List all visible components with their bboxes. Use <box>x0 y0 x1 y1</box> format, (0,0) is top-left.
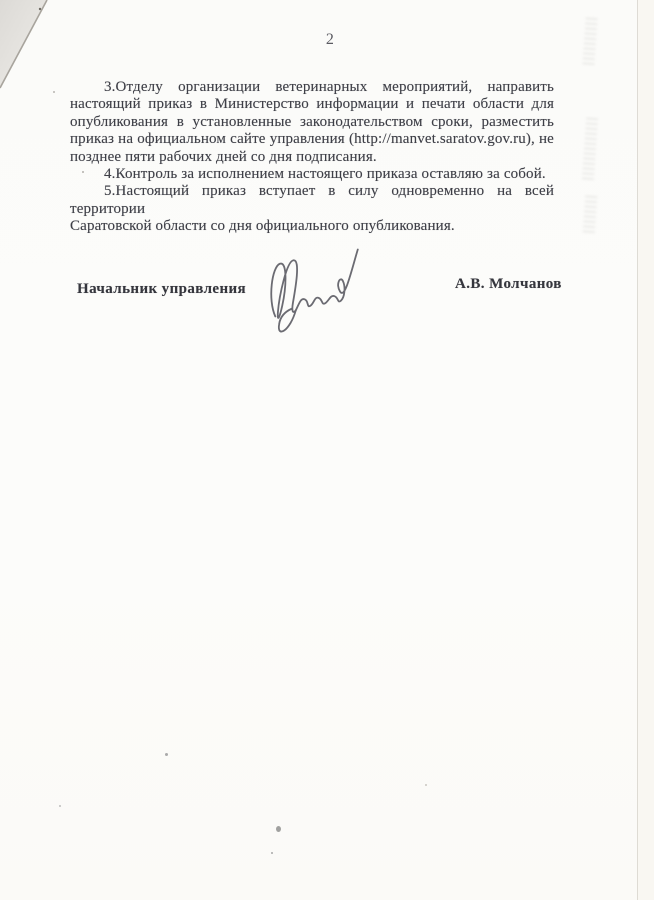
text-line: настоящий приказ в Министерство информац… <box>70 96 554 113</box>
scanned-document-page: 2 3.Отделу организации ветеринарных меро… <box>0 0 654 900</box>
scan-ghosting-artifact <box>582 118 598 181</box>
paper-edge-line <box>637 0 638 900</box>
dust-speck <box>271 852 273 854</box>
text-line: Саратовской области со дня официального … <box>70 218 554 235</box>
text-line: 5.Настоящий приказ вступает в силу однов… <box>70 183 554 218</box>
dust-speck <box>165 753 168 756</box>
page-corner-fold-icon <box>0 0 60 100</box>
handwritten-signature-icon <box>261 245 373 339</box>
dust-speck <box>425 784 427 786</box>
dust-speck <box>82 171 84 173</box>
scan-ghosting-artifact <box>583 196 598 235</box>
scan-ghosting-artifact <box>582 18 597 67</box>
dust-speck <box>276 826 281 832</box>
text-line: позднее пяти рабочих дней со дня подписа… <box>70 149 554 166</box>
signatory-title: Начальник управления <box>77 281 246 298</box>
text-line: 3.Отделу организации ветеринарных меропр… <box>70 79 554 96</box>
page-number: 2 <box>300 31 360 49</box>
scanner-margin-strip <box>638 0 654 900</box>
text-line: приказ на официальном сайте управления (… <box>70 131 554 148</box>
dust-speck <box>59 805 61 807</box>
signatory-name: А.В. Молчанов <box>455 276 562 293</box>
text-line: 4.Контроль за исполнением настоящего при… <box>70 166 554 183</box>
dust-speck <box>53 91 55 93</box>
text-line: опубликования в установленные законодате… <box>70 114 554 131</box>
order-text-block: 3.Отделу организации ветеринарных меропр… <box>70 79 554 236</box>
